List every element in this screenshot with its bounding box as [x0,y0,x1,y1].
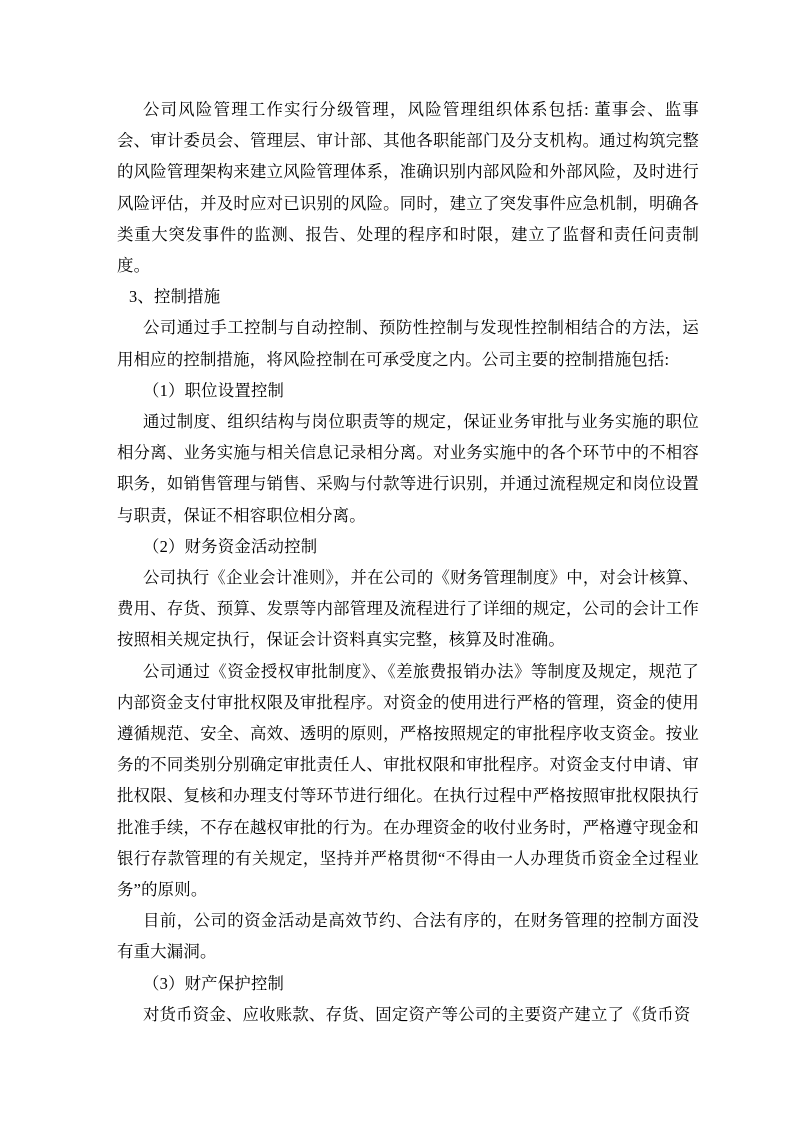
subsection-heading: （1）职位设置控制 [117,375,699,406]
body-paragraph: 对货币资金、应收账款、存货、固定资产等公司的主要资产建立了《货币资 [117,999,699,1030]
body-paragraph: 目前，公司的资金活动是高效节约、合法有序的，在财务管理的控制方面没有重大漏洞。 [117,905,699,967]
body-paragraph: 公司通过《资金授权审批制度》、《差旅费报销办法》等制度及规定，规范了内部资金支付… [117,656,699,906]
document-text-block: 公司风险管理工作实行分级管理，风险管理组织体系包括: 董事会、监事会、审计委员会… [117,94,699,1030]
body-paragraph: 公司风险管理工作实行分级管理，风险管理组织体系包括: 董事会、监事会、审计委员会… [117,94,699,281]
body-paragraph: 通过制度、组织结构与岗位职责等的规定，保证业务审批与业务实施的职位相分离、业务实… [117,406,699,531]
subsection-heading: （2）财务资金活动控制 [117,531,699,562]
body-paragraph: 公司执行《企业会计准则》，并在公司的《财务管理制度》中，对会计核算、费用、存货、… [117,562,699,656]
document-page: 公司风险管理工作实行分级管理，风险管理组织体系包括: 董事会、监事会、审计委员会… [0,0,793,1122]
body-paragraph: 公司通过手工控制与自动控制、预防性控制与发现性控制相结合的方法，运用相应的控制措… [117,312,699,374]
section-heading: 3、控制措施 [117,281,699,312]
subsection-heading: （3）财产保护控制 [117,968,699,999]
